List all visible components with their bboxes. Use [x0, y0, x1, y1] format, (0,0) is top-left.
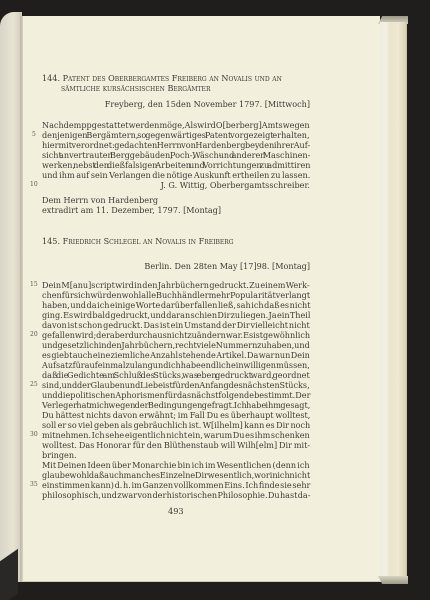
- letter-145-body-line: es giebt auch eine ziemliche Anzahl steh…: [42, 350, 310, 360]
- letter-145-body-line: davon ist schon gedruckt. Das ist ein Um…: [42, 320, 310, 330]
- letter-145-body-line: daß die Gedichte am Schluß des Stücks, w…: [42, 370, 310, 380]
- letter-145-body-line: Dein M[anu]script wird in den Jahrbücher…: [42, 280, 310, 290]
- letter-145-body-line: und gesetzlich in den Jahrbüchern, recht…: [42, 340, 310, 350]
- letter-145-body-line: wolltest. Das Honorar für den Blüthensta…: [42, 440, 310, 450]
- letter-145-body-line: philosophisch, und zwar von der historis…: [42, 490, 310, 500]
- letter-144-dateline: Freyberg, den 15den November 1797. [Mitt…: [42, 99, 310, 109]
- letter-144-note-line2: extradirt am 11. Dezember, 1797. [Montag…: [42, 205, 221, 215]
- letter-144-body-line: hiermit verordnet: gedachten Herrn von H…: [42, 140, 310, 150]
- line-number: 20: [30, 330, 38, 340]
- letter-145-body-line: chen für sich würden wohl alle Buchhändl…: [42, 290, 310, 300]
- letter-145-body-line: glaube wohl daß auch manches Einzelne Di…: [42, 470, 310, 480]
- letter-145-body-line: Mit Deinen Ideen über Monarchie bin ich …: [42, 460, 310, 470]
- letter-145-body-line: Verleger hat mich wegen der Bedingungen …: [42, 400, 310, 410]
- letter-144-body-line: und ihm auf sein Verlangen die nötige Au…: [42, 170, 310, 180]
- letter-145-body-line: soll er so viel geben als gebräuchlich i…: [42, 420, 310, 430]
- letter-145-body-line: bringen.: [42, 450, 77, 460]
- page-stack-bottom: [378, 576, 408, 584]
- line-number: 10: [30, 180, 38, 190]
- page-stack-edge: [380, 22, 407, 582]
- line-number: 15: [30, 280, 38, 290]
- letter-145-body-line: Aufsatz für auf einmal zu lang und ich h…: [42, 360, 310, 370]
- letter-145-body-line: einstimmen kann) d. h. im Ganzen vollkom…: [42, 480, 310, 490]
- letter-145-body-line: ging. Es wird bald gedruckt, und daran s…: [42, 310, 310, 320]
- letter-144-body-line: Nachdem pp gestattet werden möge, Als wi…: [42, 120, 310, 130]
- line-number: 35: [30, 480, 38, 490]
- page-number: 493: [168, 506, 184, 516]
- letter-145-heading: 145. Friedrich Schlegel an Novalis in Fr…: [42, 236, 234, 246]
- letter-145-body-line: mitnehmen. Ich sehe eigentlich nicht ein…: [42, 430, 310, 440]
- letter-145-body-line: und die politischen Aphorismen für das n…: [42, 390, 310, 400]
- letter-144-heading-line1: 144. Patent des Oberbergamtes Freiberg a…: [42, 73, 282, 83]
- page-bottom-edge: [23, 581, 380, 582]
- letter-145-body-line: haben, und da ich einige Worte darüber f…: [42, 300, 310, 310]
- letter-144-body-line: sicht anvertrauten Berggebäuden, Poch-, …: [42, 150, 310, 160]
- line-number: 30: [30, 430, 38, 440]
- letter-145-body-line: sind, und der Glauben und Liebe ist für …: [42, 380, 310, 390]
- letter-144-heading-line2: sämtliche kursächsischen Bergämter: [61, 83, 210, 93]
- letter-144-signature: J. G. Wittig, Oberbergamtsschreiber.: [42, 180, 310, 190]
- letter-144-body-line: werken, nebst den dießfalsigen Arbeiten …: [42, 160, 310, 170]
- line-number: 25: [30, 380, 38, 390]
- letter-145-dateline: Berlin. Den 28ten May [17]98. [Montag]: [42, 261, 310, 271]
- letter-144-note-line1: Dem Herrn von Hardenberg: [42, 195, 158, 205]
- letter-145-body-line: Du hättest nichts davon erwähnt; im Fall…: [42, 410, 310, 420]
- line-number: 5: [32, 130, 36, 140]
- left-page-edge: [0, 12, 22, 582]
- letter-144-body-line: denjenigen Bergämtern, so gegenwärtiges …: [42, 130, 310, 140]
- letter-145-body-line: gefallen wird; der aber durchaus nicht z…: [42, 330, 310, 340]
